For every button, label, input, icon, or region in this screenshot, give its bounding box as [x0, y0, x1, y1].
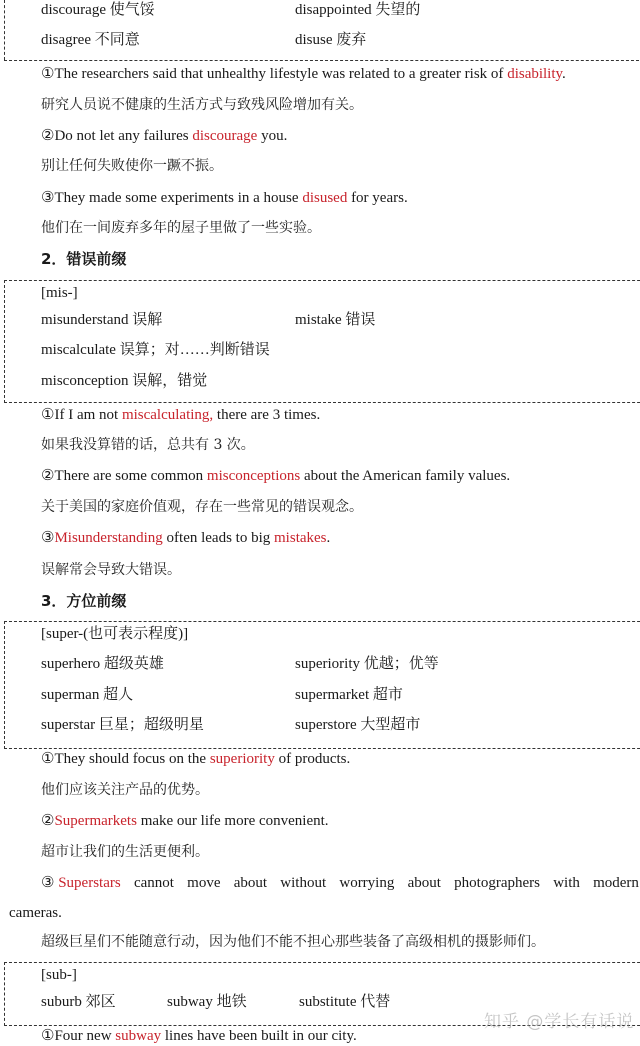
example-sentence: ③They made some experiments in a house d…: [41, 188, 408, 208]
example-translation: 超级巨星们不能随意行动，因为他们不能不担心那些装备了高级相机的摄影师们。: [41, 932, 545, 952]
vocab-item: disuse 废弃: [295, 30, 366, 50]
highlighted-word: Supermarkets: [54, 813, 136, 829]
vocab-item: suburb 郊区: [41, 992, 116, 1012]
vocab-item: misconception 误解，错觉: [41, 371, 207, 391]
example-sentence: ①If I am not miscalculating, there are 3…: [41, 405, 320, 425]
vocab-item: superiority 优越；优等: [295, 654, 439, 674]
dis-prefix-box-bottom-border: [4, 60, 640, 61]
highlighted-word: misconceptions: [207, 468, 300, 484]
vocab-item: superstar 巨星；超级明星: [41, 715, 204, 735]
highlighted-word: disability: [507, 66, 562, 82]
example-sentence: ③ Superstars cannot move about without w…: [41, 873, 639, 893]
vocab-item: subway 地铁: [167, 992, 247, 1012]
vocab-item: disappointed 失望的: [295, 0, 420, 20]
example-translation: 他们在一间废弃多年的屋子里做了一些实验。: [41, 218, 321, 238]
vocab-item: superhero 超级英雄: [41, 654, 164, 674]
vocab-row: disagree 不同意: [41, 30, 140, 50]
example-sentence: ①They should focus on the superiority of…: [41, 749, 350, 769]
vocab-item: disagree 不同意: [41, 32, 140, 48]
vocab-item: superman 超人: [41, 685, 133, 705]
example-translation: 关于美国的家庭价值观，存在一些常见的错误观念。: [41, 497, 363, 517]
example-sentence-continuation: cameras.: [9, 903, 62, 923]
zhihu-watermark: 知乎 @学长有话说: [484, 1007, 634, 1032]
dis-prefix-box-left-border: [4, 0, 6, 60]
example-sentence: ③Misunderstanding often leads to big mis…: [41, 528, 330, 548]
highlighted-word: miscalculating,: [122, 407, 213, 423]
prefix-label: [mis-]: [41, 283, 78, 303]
highlighted-word: discourage: [192, 128, 257, 144]
example-sentence: ②There are some common misconceptions ab…: [41, 466, 510, 486]
vocab-row: discourage 使气馁: [41, 0, 155, 20]
section-heading: 2．错误前缀: [41, 249, 126, 269]
example-translation: 他们应该关注产品的优势。: [41, 780, 209, 800]
prefix-label: [super-(也可表示程度)]: [41, 624, 188, 644]
example-translation: 超市让我们的生活更便利。: [41, 842, 209, 862]
section-heading: 3．方位前缀: [41, 591, 126, 611]
example-sentence: ②Supermarkets make our life more conveni…: [41, 811, 329, 831]
highlighted-word: disused: [302, 190, 347, 206]
example-translation: 如果我没算错的话，总共有 3 次。: [41, 435, 255, 455]
vocab-item: discourage 使气馁: [41, 2, 155, 18]
vocab-item: superstore 大型超市: [295, 715, 420, 735]
example-translation: 研究人员说不健康的生活方式与致残风险增加有关。: [41, 95, 363, 115]
example-translation: 别让任何失败使你一蹶不振。: [41, 156, 223, 176]
vocab-item: mistake 错误: [295, 310, 375, 330]
example-translation: 误解常会导致大错误。: [41, 560, 181, 580]
highlighted-word: subway: [115, 1028, 161, 1044]
vocab-item: substitute 代替: [299, 992, 390, 1012]
prefix-label: [sub-]: [41, 965, 77, 985]
highlighted-word: superiority: [210, 751, 275, 767]
highlighted-word: Misunderstanding: [54, 530, 162, 546]
vocab-item: miscalculate 误算；对……判断错误: [41, 340, 270, 360]
example-sentence: ①Four new subway lines have been built i…: [41, 1026, 357, 1046]
vocab-item: misunderstand 误解: [41, 310, 162, 330]
example-sentence: ①The researchers said that unhealthy lif…: [41, 64, 566, 84]
highlighted-word: Superstars: [58, 875, 121, 891]
example-sentence: ②Do not let any failures discourage you.: [41, 126, 287, 146]
vocab-item: supermarket 超市: [295, 685, 403, 705]
highlighted-word: mistakes: [274, 530, 327, 546]
